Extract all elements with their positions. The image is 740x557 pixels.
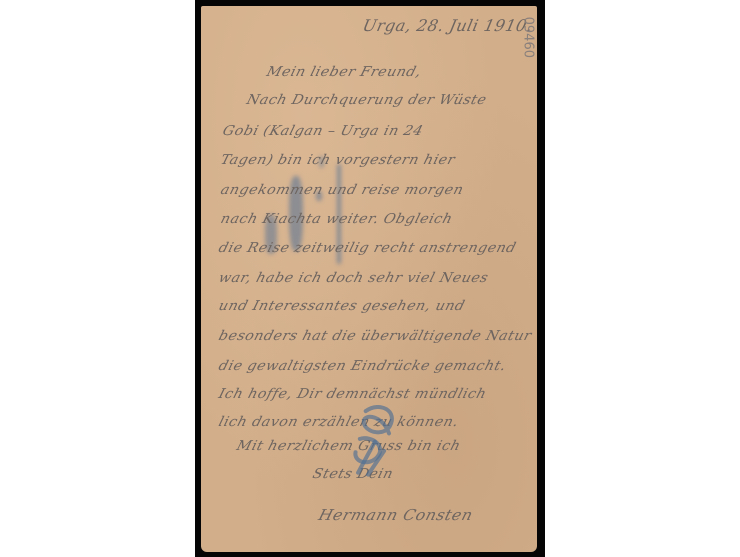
body-line: die Reise zeitweilig recht anstrengend	[217, 240, 518, 256]
body-line: war, habe ich doch sehr viel Neues	[217, 270, 490, 286]
body-line: Gobi (Kalgan – Urga in 24	[221, 123, 425, 139]
archive-number: 09460	[520, 17, 535, 58]
salutation: Mein lieber Freund,	[265, 64, 423, 80]
body-line: lich davon erzählen zu können.	[217, 414, 461, 430]
body-line: Tagen) bin ich vorgestern hier	[219, 152, 457, 168]
body-line: nach Kiachta weiter. Obgleich	[219, 211, 455, 227]
body-line: Ich hoffe, Dir demnächst mündlich	[217, 386, 488, 402]
postcard: Urga, 28. Juli 1910. 09460 Mein lieber F…	[201, 6, 537, 552]
signature: Hermann Consten	[317, 506, 475, 524]
body-line: besonders hat die überwältigende Natur	[217, 328, 534, 344]
body-line: Nach Durchquerung der Wüste	[245, 92, 489, 108]
body-line: die gewaltigsten Eindrücke gemacht.	[217, 358, 508, 374]
body-line: und Interessantes gesehen, und	[217, 298, 467, 314]
body-line: angekommen und reise morgen	[219, 182, 466, 198]
date-line: Urga, 28. Juli 1910.	[361, 16, 535, 35]
